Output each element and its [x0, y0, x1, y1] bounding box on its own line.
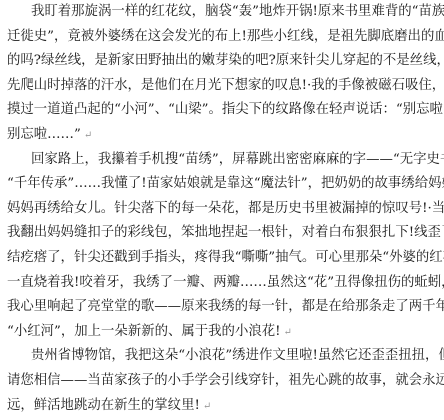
paragraph-mark-icon: ↵ — [203, 401, 211, 412]
text-line: 我盯着那旋涡一样的红花纹，脑袋“轰”地炸开锅!原来书里难背的“苗族 — [31, 0, 425, 25]
line-text: 请您相信——当苗家孩子的小手学会引线穿针，祖先心跳的故事，就会永远，永 — [7, 373, 444, 388]
paragraph-mark-icon: ↵ — [284, 327, 292, 338]
text-line: “小红河”，加上一朵新新的、属于我的小浪花!↵ — [7, 320, 425, 345]
document-page: 我盯着那旋涡一样的红花纹，脑袋“轰”地炸开锅!原来书里难背的“苗族 迁徙史”，竟… — [0, 0, 444, 420]
text-line: 一直烧着我!咬着牙，我绣了一瓣、两瓣……虽然这“花”丑得像扭伤的蚯蚓，但 — [7, 271, 425, 296]
text-line: 贵州省博物馆，我把这朵“小浪花”绣进作文里啦!虽然它还歪歪扭扭，但 — [31, 344, 425, 369]
text-line: 别忘啦……”↵ — [7, 123, 425, 148]
paragraph-mark-icon: ↵ — [84, 130, 92, 141]
text-line: 远，鲜活地跳动在新生的掌纹里!↵ — [7, 394, 425, 419]
line-text: 贵州省博物馆，我把这朵“小浪花”绣进作文里啦!虽然它还歪歪扭扭，但 — [31, 348, 444, 363]
line-text: 别忘啦……” — [7, 127, 81, 142]
text-line: 妈妈再绣给女儿。针尖落下的每一朵花，都是历史书里被漏掉的惊叹号!·当晚， — [7, 197, 425, 222]
line-text: “小红河”，加上一朵新新的、属于我的小浪花! — [7, 324, 281, 339]
line-text: 我盯着那旋涡一样的红花纹，脑袋“轰”地炸开锅!原来书里难背的“苗族 — [31, 4, 444, 19]
text-line: 的吗?绿丝线，是新家田野抽出的嫩芽染的吧?原来针尖儿穿起的不是丝线，是祖 — [7, 49, 425, 74]
line-text: “千年传承”……我懂了!苗家姑娘就是靠这“魔法针”，把奶奶的故事绣给妈妈， — [7, 176, 444, 191]
text-line: “千年传承”……我懂了!苗家姑娘就是靠这“魔法针”，把奶奶的故事绣给妈妈， — [7, 172, 425, 197]
line-text: 迁徙史”，竟被外婆绣在这会发光的布上!那些小红线，是祖先脚底磨出的血泡变 — [7, 29, 444, 44]
line-text: 回家路上，我攥着手机搜“苗绣”，屏幕跳出密密麻麻的字——“无字史书”、 — [31, 152, 444, 167]
text-line: 我翻出妈妈缝扣子的彩线包，笨拙地捏起一根针，对着白布狠狠扎下!线歪了， — [7, 221, 425, 246]
text-line: 请您相信——当苗家孩子的小手学会引线穿针，祖先心跳的故事，就会永远，永 — [7, 369, 425, 394]
line-text: 先爬山时掉落的汗水，是他们在月光下想家的叹息!·我的手像被磁石吸住，轻轻 — [7, 78, 444, 93]
text-line: 摸过一道道凸起的“小河”、“山梁”。指尖下的纹路像在轻声说话：“别忘啦…… — [7, 98, 425, 123]
line-text: 的吗?绿丝线，是新家田野抽出的嫩芽染的吧?原来针尖儿穿起的不是丝线，是祖 — [7, 53, 444, 68]
text-line: 迁徙史”，竟被外婆绣在这会发光的布上!那些小红线，是祖先脚底磨出的血泡变 — [7, 25, 425, 50]
text-line: 结疙瘩了，针尖还戳到手指头，疼得我“嘶嘶”抽气。可心里那朵“外婆的红花” — [7, 246, 425, 271]
line-text: 一直烧着我!咬着牙，我绣了一瓣、两瓣……虽然这“花”丑得像扭伤的蚯蚓，但 — [7, 275, 444, 290]
line-text: 结疙瘩了，针尖还戳到手指头，疼得我“嘶嘶”抽气。可心里那朵“外婆的红花” — [7, 250, 444, 265]
line-text: 我心里响起了亮堂堂的歌——原来我绣的每一针，都是在给那条走了两千年的 — [7, 299, 444, 314]
text-line: 回家路上，我攥着手机搜“苗绣”，屏幕跳出密密麻麻的字——“无字史书”、 — [31, 148, 425, 173]
text-line: 我心里响起了亮堂堂的歌——原来我绣的每一针，都是在给那条走了两千年的 — [7, 295, 425, 320]
line-text: 摸过一道道凸起的“小河”、“山梁”。指尖下的纹路像在轻声说话：“别忘啦…… — [7, 102, 444, 117]
line-text: 远，鲜活地跳动在新生的掌纹里! — [7, 398, 200, 413]
text-line: 先爬山时掉落的汗水，是他们在月光下想家的叹息!·我的手像被磁石吸住，轻轻 — [7, 74, 425, 99]
line-text: 妈妈再绣给女儿。针尖落下的每一朵花，都是历史书里被漏掉的惊叹号!·当晚， — [7, 201, 444, 216]
line-text: 我翻出妈妈缝扣子的彩线包，笨拙地捏起一根针，对着白布狠狠扎下!线歪了， — [7, 225, 444, 240]
